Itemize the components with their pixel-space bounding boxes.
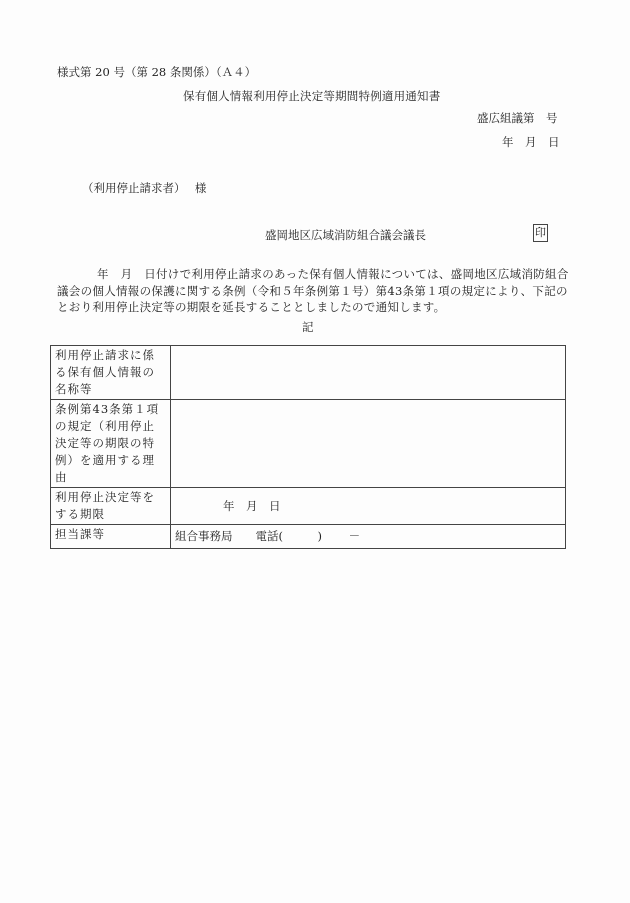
table-row: 利用停止請求に係る保有個人情報の名称等 [51,346,566,400]
seal-icon: 印 [533,224,548,242]
row-value [171,400,566,488]
sender-name: 盛岡地区広域消防組合議会議長 [265,227,426,243]
row-value: 年 月 日 [171,488,566,525]
table-row: 担当課等 組合事務局 電話( ) － [51,525,566,549]
addressee: （利用停止請求者） 様 [82,180,206,196]
table-row: 利用停止決定等をする期限 年 月 日 [51,488,566,525]
row-label: 利用停止決定等をする期限 [51,488,171,525]
row-label: 条例第43条第１項の規定（利用停止決定等の期限の特例）を適用する理由 [51,400,171,488]
table-row: 条例第43条第１項の規定（利用停止決定等の期限の特例）を適用する理由 [51,400,566,488]
form-number: 様式第 20 号（第 28 条関係）（Ａ４） [57,64,256,80]
issue-date: 年 月 日 [502,134,560,150]
document-number: 盛広組議第 号 [477,110,558,126]
row-value: 組合事務局 電話( ) － [171,525,566,549]
notice-body: 年 月 日付けで利用停止請求のあった保有個人情報については、盛岡地区広域消防組合… [57,266,579,316]
row-label: 担当課等 [51,525,171,549]
details-table: 利用停止請求に係る保有個人情報の名称等 条例第43条第１項の規定（利用停止決定等… [50,345,566,549]
note-heading: 記 [302,319,314,335]
document-title: 保有個人情報利用停止決定等期間特例適用通知書 [183,88,440,104]
row-label: 利用停止請求に係る保有個人情報の名称等 [51,346,171,400]
row-value [171,346,566,400]
